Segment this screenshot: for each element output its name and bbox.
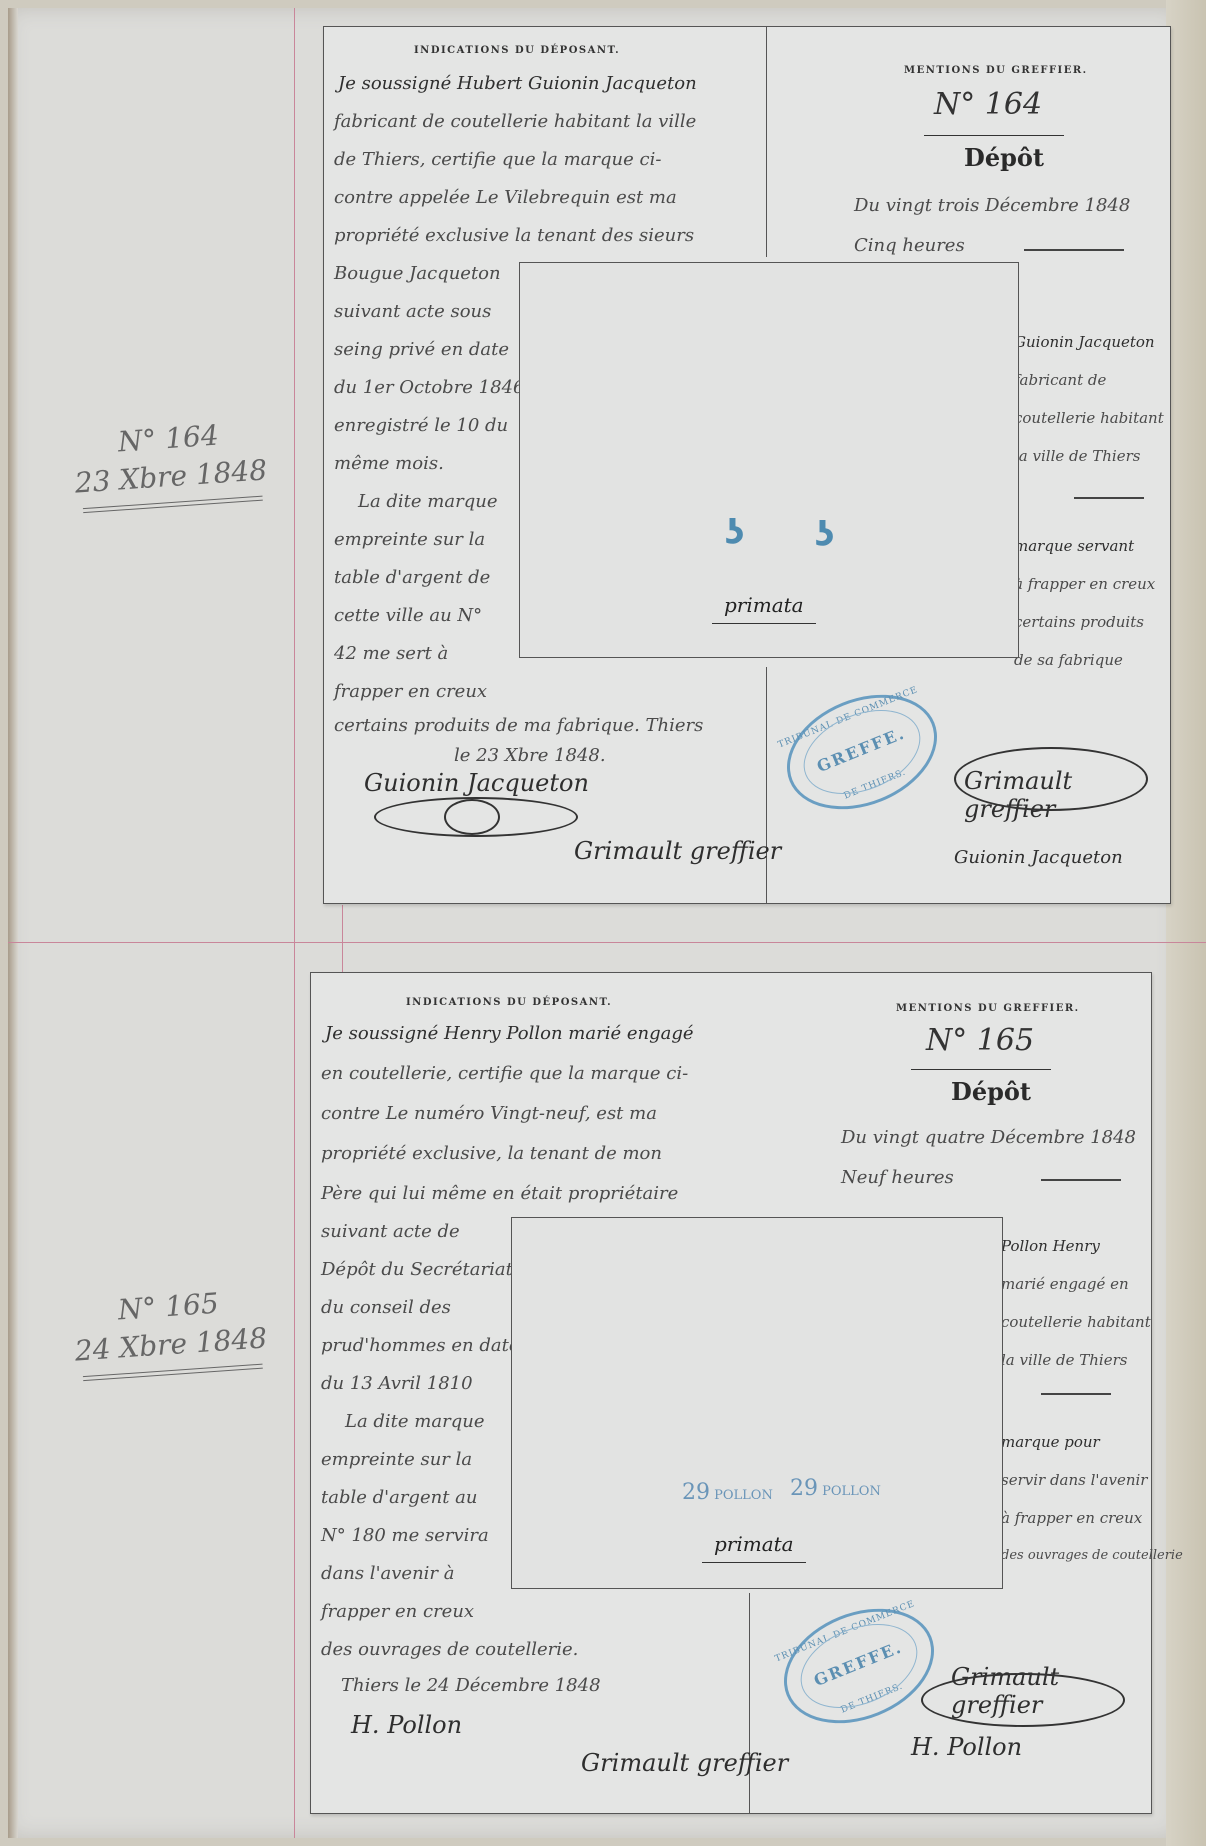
register-number: N° 164: [934, 87, 1042, 122]
binding-edge: [8, 8, 18, 1838]
mark-stamp: 29 POLLON: [682, 1480, 773, 1505]
depot-label: Dépôt: [951, 1077, 1031, 1106]
heading-deposant: Indications du déposant.: [406, 997, 612, 1008]
owner-line: la ville de Thiers: [1001, 1341, 1127, 1379]
stamp-name: POLLON: [822, 1484, 881, 1499]
margin-note-entry-2: N° 165 24 Xbre 1848: [67, 1281, 273, 1382]
deposant-line: du 13 Avril 1810: [321, 1365, 473, 1403]
deposant-line: contre appelée Le Vilebrequin est ma: [334, 179, 677, 217]
owner-line: coutellerie habitant: [1001, 1303, 1151, 1341]
register-number-underline: [924, 135, 1064, 136]
signature-flourish: [954, 747, 1148, 811]
owner-line: fabricant de: [1014, 361, 1106, 399]
depot-date: Du vingt trois Décembre 1848: [854, 187, 1130, 225]
greffier-signature: Grimault greffier: [581, 1749, 788, 1777]
heading-greffier: Mentions du greffier.: [896, 1003, 1080, 1014]
owner-line: coutellerie habitant: [1014, 399, 1164, 437]
heading-greffier: Mentions du greffier.: [904, 65, 1088, 76]
deposant-line: prud'hommes en date: [321, 1327, 519, 1365]
rule: [1074, 497, 1144, 499]
column-divider: [749, 1593, 750, 1813]
owner-line: Guionin Jacqueton: [1014, 323, 1155, 361]
deposant-line: Dépôt du Secrétariat: [321, 1251, 513, 1289]
deposant-line: Père qui lui même en était propriétaire: [321, 1175, 678, 1213]
signature-flourish: [444, 799, 500, 835]
mark-impression-box-1: ʖ ʖ primata: [519, 262, 1019, 658]
red-margin-rule-short: [342, 905, 343, 975]
mark-label: primata: [712, 593, 816, 624]
stamp-number: 29: [682, 1480, 710, 1505]
deposant-line: cette ville au N°: [334, 597, 482, 635]
deposant-line: La dite marque: [345, 1403, 484, 1441]
red-divider-rule: [8, 942, 1206, 943]
deposant-signature: H. Pollon: [911, 1733, 1022, 1761]
register-number-underline: [911, 1069, 1051, 1070]
column-divider: [766, 27, 767, 257]
deposant-line: des ouvrages de coutellerie.: [321, 1631, 578, 1669]
mark-glyph-icon: ʖ: [725, 513, 744, 553]
mark-label: primata: [702, 1532, 806, 1563]
deposant-line: Thiers le 24 Décembre 1848: [341, 1667, 601, 1705]
deposant-line: Je soussigné Henry Pollon marié engagé: [325, 1015, 694, 1053]
greffier-signature: Grimault greffier: [574, 837, 781, 865]
deposant-signature: Guionin Jacqueton: [364, 769, 589, 797]
depot-time: Neuf heures: [841, 1159, 954, 1197]
deposant-line: empreinte sur la: [334, 521, 485, 559]
deposant-line: enregistré le 10 du: [334, 407, 508, 445]
deposant-line: frapper en creux: [334, 673, 487, 711]
mark-line: marque pour: [1001, 1423, 1100, 1461]
heading-deposant: Indications du déposant.: [414, 45, 620, 56]
deposant-line: du 1er Octobre 1846: [334, 369, 525, 407]
deposant-line: La dite marque: [358, 483, 497, 521]
owner-line: la ville de Thiers: [1014, 437, 1140, 475]
deposant-line: fabricant de coutellerie habitant la vil…: [334, 103, 696, 141]
mark-glyph-icon: ʖ: [815, 515, 834, 555]
mark-impression-box-2: 29 POLLON 29 POLLON primata: [511, 1217, 1003, 1589]
mark-line: marque servant: [1014, 527, 1134, 565]
deposant-line: Je soussigné Hubert Guionin Jacqueton: [338, 65, 697, 103]
red-margin-rule: [294, 8, 295, 1838]
rule: [1041, 1179, 1121, 1181]
mark-line: à frapper en creux: [1001, 1499, 1142, 1537]
mark-line: servir dans l'avenir: [1001, 1461, 1147, 1499]
deposant-line: du conseil des: [321, 1289, 451, 1327]
deposant-line: suivant acte de: [321, 1213, 460, 1251]
deposant-line: de Thiers, certifie que la marque ci-: [334, 141, 661, 179]
deposant-line: même mois.: [334, 445, 444, 483]
greffe-seal: TRIBUNAL DE COMMERCE GREFFE. DE THIERS.: [770, 674, 954, 831]
deposant-line: 42 me sert à: [334, 635, 448, 673]
rule: [1024, 249, 1124, 251]
seal-center-text: GREFFE.: [788, 713, 934, 787]
seal-center-text: GREFFE.: [785, 1627, 931, 1701]
deposant-line: table d'argent au: [321, 1479, 477, 1517]
mark-line: de sa fabrique: [1014, 641, 1123, 679]
deposant-line: propriété exclusive, la tenant de mon: [321, 1135, 662, 1173]
deposant-signature: Guionin Jacqueton: [954, 847, 1123, 868]
deposant-line: table d'argent de: [334, 559, 490, 597]
deposant-line: dans l'avenir à: [321, 1555, 454, 1593]
depot-label: Dépôt: [964, 143, 1044, 172]
deposant-line: en coutellerie, certifie que la marque c…: [321, 1055, 688, 1093]
seal-bottom-text: DE THIERS.: [804, 752, 947, 817]
register-number: N° 165: [926, 1023, 1034, 1058]
deposant-signature: H. Pollon: [351, 1711, 462, 1739]
depot-time: Cinq heures: [854, 227, 965, 265]
depot-date: Du vingt quatre Décembre 1848: [841, 1119, 1136, 1157]
stamp-name: POLLON: [714, 1488, 773, 1503]
deposant-line: contre Le numéro Vingt-neuf, est ma: [321, 1095, 657, 1133]
mark-line: certains produits: [1014, 603, 1144, 641]
deposant-line: suivant acte sous: [334, 293, 491, 331]
deposant-line: Bougue Jacqueton: [334, 255, 501, 293]
signature-flourish: [921, 1673, 1125, 1727]
margin-note-entry-1: N° 164 23 Xbre 1848: [67, 413, 273, 514]
deposant-line: frapper en creux: [321, 1593, 474, 1631]
rule: [1041, 1393, 1111, 1395]
column-divider: [766, 667, 767, 903]
seal-top-text: TRIBUNAL DE COMMERCE: [777, 685, 920, 750]
seal-top-text: TRIBUNAL DE COMMERCE: [774, 1599, 917, 1664]
deposant-line: propriété exclusive la tenant des sieurs: [334, 217, 694, 255]
owner-line: Pollon Henry: [1001, 1227, 1100, 1265]
greffe-seal: TRIBUNAL DE COMMERCE GREFFE. DE THIERS.: [767, 1588, 951, 1745]
mark-stamp: 29 POLLON: [790, 1476, 881, 1501]
deposant-line: N° 180 me servira: [321, 1517, 489, 1555]
stamp-number: 29: [790, 1476, 818, 1501]
deposant-line: empreinte sur la: [321, 1441, 472, 1479]
owner-line: marié engagé en: [1001, 1265, 1129, 1303]
mark-line: à frapper en creux: [1014, 565, 1155, 603]
deposant-line: seing privé en date: [334, 331, 509, 369]
mark-line: des ouvrages de coutellerie: [1001, 1537, 1183, 1575]
